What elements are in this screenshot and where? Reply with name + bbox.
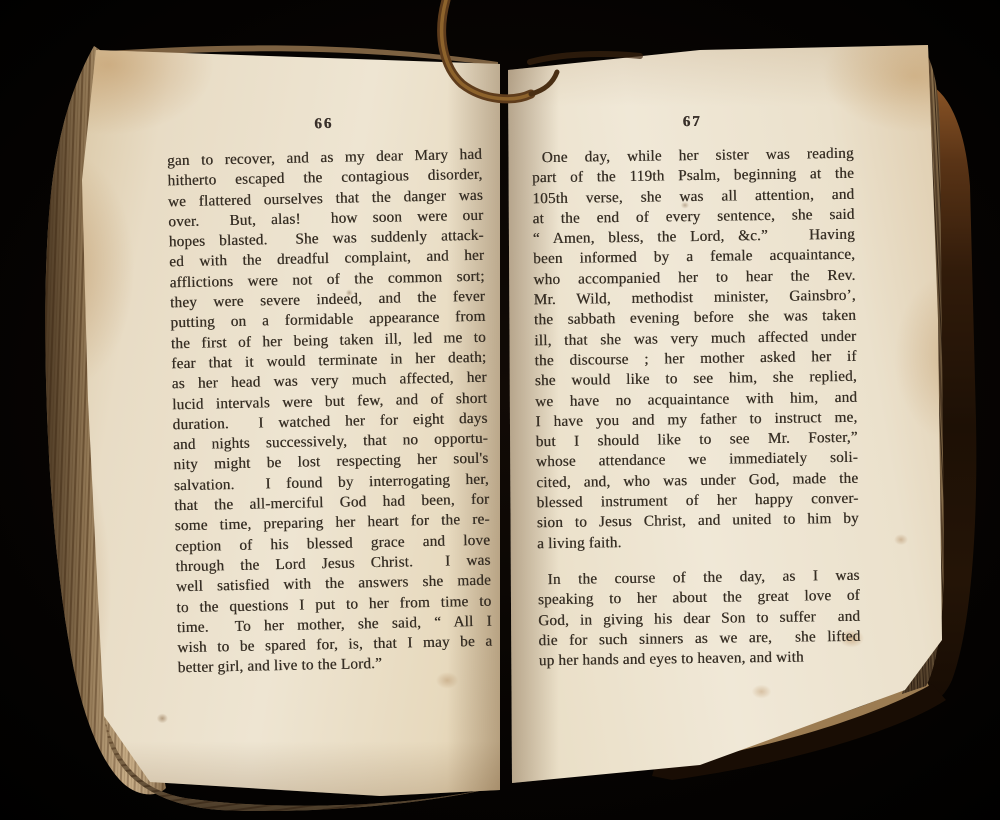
right-page-content: 67 One day, while her sister was reading… [531, 110, 861, 672]
paragraph: gan to recover, and as my dear Mary hadh… [167, 145, 493, 679]
right-page: 67 One day, while her sister was reading… [505, 38, 955, 798]
photo-scene: 66 gan to recover, and as my dear Mary h… [0, 0, 1000, 820]
text-line: up her hands and eyes to heaven, and wit… [539, 647, 861, 672]
paragraph: One day, while her sister was readingpar… [532, 144, 860, 554]
text-line: a living faith. [537, 529, 859, 554]
left-page-number: 66 [166, 111, 481, 138]
right-page-text: One day, while her sister was readingpar… [532, 144, 861, 672]
paragraph: In the course of the day, as I wasspeaki… [537, 566, 860, 672]
left-page-content: 66 gan to recover, and as my dear Mary h… [166, 111, 493, 679]
left-page-text: gan to recover, and as my dear Mary hadh… [167, 145, 493, 679]
right-page-number: 67 [531, 110, 853, 134]
left-page: 66 gan to recover, and as my dear Mary h… [60, 42, 505, 802]
